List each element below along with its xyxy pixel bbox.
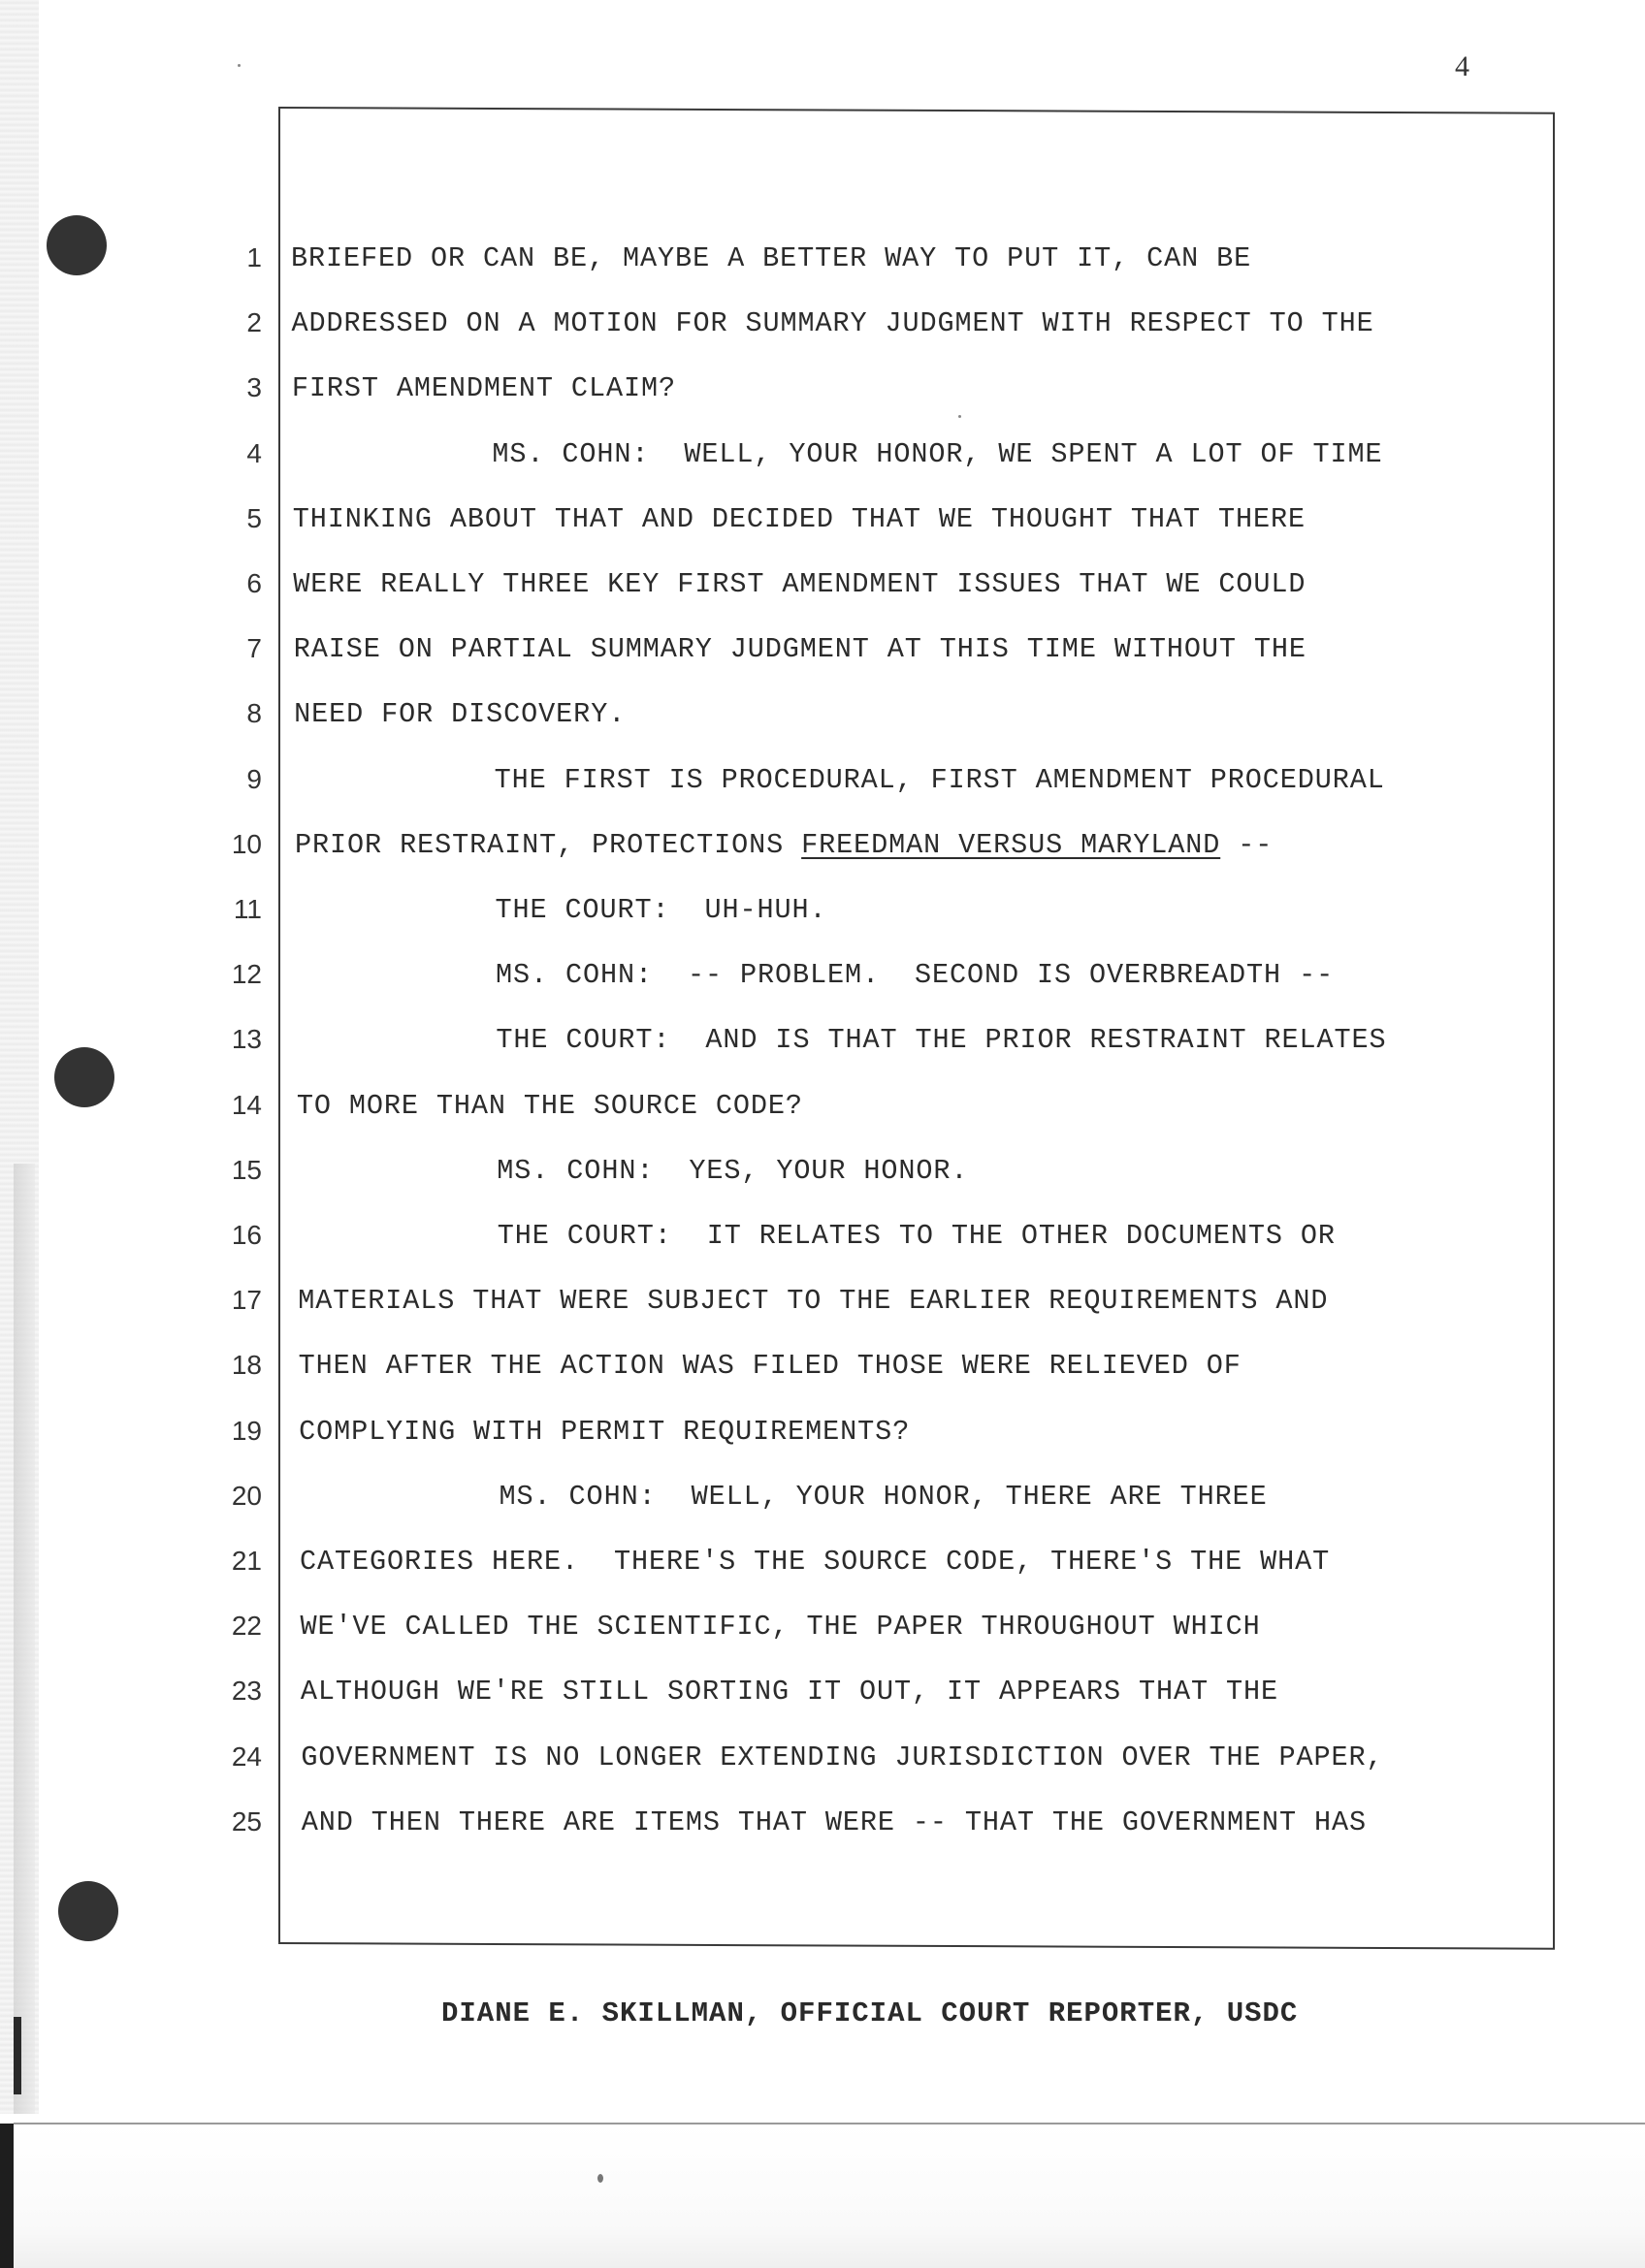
line-number: 24: [204, 1741, 262, 1773]
transcript-line: 23ALTHOUGH WE'RE STILL SORTING IT OUT, I…: [0, 1676, 1645, 1734]
transcript-line: 4MS. COHN: WELL, YOUR HONOR, WE SPENT A …: [0, 438, 1645, 496]
line-number: 9: [204, 764, 262, 795]
transcript-line: 12MS. COHN: -- PROBLEM. SECOND IS OVERBR…: [0, 959, 1645, 1017]
line-text: THE COURT: UH-HUH.: [496, 894, 827, 926]
line-number: 7: [204, 633, 262, 664]
line-text: ADDRESSED ON A MOTION FOR SUMMARY JUDGME…: [291, 307, 1373, 339]
line-text: GOVERNMENT IS NO LONGER EXTENDING JURISD…: [301, 1741, 1383, 1773]
transcript-line: 6WERE REALLY THREE KEY FIRST AMENDMENT I…: [0, 568, 1645, 626]
line-text: RAISE ON PARTIAL SUMMARY JUDGMENT AT THI…: [294, 633, 1306, 665]
line-number: 4: [204, 438, 262, 469]
transcript-line: 16THE COURT: IT RELATES TO THE OTHER DOC…: [0, 1220, 1645, 1278]
line-number: 1: [204, 242, 262, 273]
line-number: 15: [204, 1155, 262, 1186]
line-text: THINKING ABOUT THAT AND DECIDED THAT WE …: [293, 503, 1306, 535]
transcript-line: 21CATEGORIES HERE. THERE'S THE SOURCE CO…: [0, 1546, 1645, 1604]
binder-edge-lower: [0, 2124, 14, 2268]
transcript-line: 13THE COURT: AND IS THAT THE PRIOR RESTR…: [0, 1024, 1645, 1082]
transcript-line: 17MATERIALS THAT WERE SUBJECT TO THE EAR…: [0, 1285, 1645, 1343]
line-number: 23: [204, 1676, 262, 1707]
line-text: MS. COHN: WELL, YOUR HONOR, WE SPENT A L…: [492, 438, 1382, 470]
transcript-line: 10PRIOR RESTRAINT, PROTECTIONS FREEDMAN …: [0, 829, 1645, 887]
line-text: COMPLYING WITH PERMIT REQUIREMENTS?: [299, 1416, 910, 1448]
scan-speck: [597, 2174, 603, 2183]
line-number: 21: [204, 1546, 262, 1577]
line-text: MS. COHN: -- PROBLEM. SECOND IS OVERBREA…: [496, 959, 1334, 991]
binder-edge: [14, 2017, 21, 2094]
line-number: 20: [204, 1481, 262, 1512]
line-text-segment: PRIOR RESTRAINT, PROTECTIONS: [295, 829, 801, 861]
transcript-line: 5THINKING ABOUT THAT AND DECIDED THAT WE…: [0, 503, 1645, 561]
line-text: THEN AFTER THE ACTION WAS FILED THOSE WE…: [299, 1350, 1242, 1382]
line-number: 25: [204, 1806, 262, 1837]
line-text: WERE REALLY THREE KEY FIRST AMENDMENT IS…: [293, 568, 1306, 600]
line-number: 16: [204, 1220, 262, 1251]
line-number: 5: [204, 503, 262, 534]
transcript-line: 11THE COURT: UH-HUH.: [0, 894, 1645, 952]
line-text-segment: --: [1220, 829, 1273, 861]
line-number: 12: [204, 959, 262, 990]
transcript-line: 1BRIEFED OR CAN BE, MAYBE A BETTER WAY T…: [0, 242, 1645, 301]
line-text: MATERIALS THAT WERE SUBJECT TO THE EARLI…: [298, 1285, 1328, 1317]
line-number: 8: [204, 698, 262, 729]
scan-speck: [238, 64, 241, 67]
scan-speck: [958, 415, 961, 418]
transcript-line: 14TO MORE THAN THE SOURCE CODE?: [0, 1090, 1645, 1148]
line-text: AND THEN THERE ARE ITEMS THAT WERE -- TH…: [302, 1806, 1367, 1838]
transcript-line: 8NEED FOR DISCOVERY.: [0, 698, 1645, 756]
line-number: 14: [204, 1090, 262, 1121]
line-number: 13: [204, 1024, 262, 1055]
transcript-line: 19COMPLYING WITH PERMIT REQUIREMENTS?: [0, 1416, 1645, 1474]
line-number: 6: [204, 568, 262, 599]
line-text: TO MORE THAN THE SOURCE CODE?: [297, 1090, 803, 1122]
line-text: CATEGORIES HERE. THERE'S THE SOURCE CODE…: [300, 1546, 1330, 1578]
line-text: MS. COHN: WELL, YOUR HONOR, THERE ARE TH…: [500, 1481, 1268, 1513]
line-number: 10: [204, 829, 262, 860]
next-sheet-edge: [14, 2124, 1645, 2268]
court-reporter-footer: DIANE E. SKILLMAN, OFFICIAL COURT REPORT…: [441, 1997, 1298, 2029]
line-text: NEED FOR DISCOVERY.: [294, 698, 626, 730]
transcript-line: 25AND THEN THERE ARE ITEMS THAT WERE -- …: [0, 1806, 1645, 1865]
transcript-line: 24GOVERNMENT IS NO LONGER EXTENDING JURI…: [0, 1741, 1645, 1800]
transcript-line: 2ADDRESSED ON A MOTION FOR SUMMARY JUDGM…: [0, 307, 1645, 366]
transcript-line: 22WE'VE CALLED THE SCIENTIFIC, THE PAPER…: [0, 1611, 1645, 1669]
transcript-line: 15MS. COHN: YES, YOUR HONOR.: [0, 1155, 1645, 1213]
line-text: THE COURT: IT RELATES TO THE OTHER DOCUM…: [498, 1220, 1336, 1252]
line-text: PRIOR RESTRAINT, PROTECTIONS FREEDMAN VE…: [295, 829, 1273, 861]
line-text: MS. COHN: YES, YOUR HONOR.: [497, 1155, 968, 1187]
line-number: 3: [204, 372, 262, 403]
line-number: 18: [204, 1350, 262, 1381]
transcript-line: 18THEN AFTER THE ACTION WAS FILED THOSE …: [0, 1350, 1645, 1408]
case-citation: FREEDMAN VERSUS MARYLAND: [801, 829, 1220, 861]
line-number: 17: [204, 1285, 262, 1316]
line-number: 11: [204, 894, 262, 925]
line-text: WE'VE CALLED THE SCIENTIFIC, THE PAPER T…: [300, 1611, 1260, 1643]
transcript-line: 3FIRST AMENDMENT CLAIM?: [0, 372, 1645, 431]
transcript-line: 7RAISE ON PARTIAL SUMMARY JUDGMENT AT TH…: [0, 633, 1645, 691]
line-text: BRIEFED OR CAN BE, MAYBE A BETTER WAY TO…: [291, 242, 1251, 274]
transcript-line: 20MS. COHN: WELL, YOUR HONOR, THERE ARE …: [0, 1481, 1645, 1539]
line-number: 2: [204, 307, 262, 338]
page-number: 4: [1455, 50, 1469, 83]
line-text: FIRST AMENDMENT CLAIM?: [292, 372, 676, 404]
line-number: 19: [204, 1416, 262, 1447]
transcript-line: 9THE FIRST IS PROCEDURAL, FIRST AMENDMEN…: [0, 764, 1645, 822]
line-text: THE FIRST IS PROCEDURAL, FIRST AMENDMENT…: [495, 764, 1385, 796]
line-number: 22: [204, 1611, 262, 1642]
punch-hole-bottom: [58, 1881, 118, 1941]
line-text: THE COURT: AND IS THAT THE PRIOR RESTRAI…: [496, 1024, 1386, 1056]
line-text: ALTHOUGH WE'RE STILL SORTING IT OUT, IT …: [301, 1676, 1278, 1708]
